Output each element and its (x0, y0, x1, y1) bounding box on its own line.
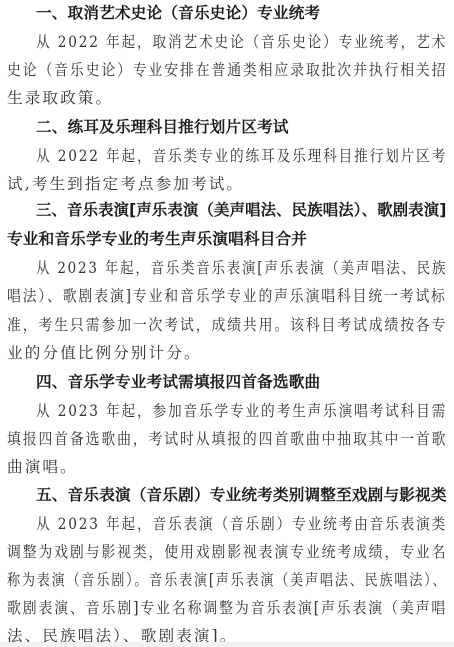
section-3-paragraph-line: 从 2023 年起，音乐类音乐表演[声乐表演（美声唱法、民族 (36, 258, 447, 278)
section-1-paragraph-line: 史论（音乐史论）专业安排在普通类相应录取批次并执行相关招 (7, 60, 447, 80)
section-2-paragraph-line: 试,考生到指定考点参加考试。 (7, 174, 244, 194)
page-bottom-edge (0, 642, 454, 647)
section-5-paragraph-line: 从 2023 年起，音乐表演（音乐剧）专业统考由音乐表演类 (36, 514, 447, 534)
section-1-paragraph-line: 从 2022 年起，取消艺术史论（音乐史论）专业统考，艺术 (36, 32, 447, 52)
section-3-paragraph-line: 准，考生只需参加一次考试，成绩共用。该科目考试成绩按各专 (7, 315, 447, 335)
section-2-heading: 二、练耳及乐理科目推行划片区考试 (36, 117, 289, 137)
section-3-heading-continued: 专业和音乐学专业的考生声乐演唱科目合并 (7, 229, 307, 249)
section-4-paragraph-line: 从 2023 年起，参加音乐学专业的考生声乐演唱考试科目需 (36, 401, 447, 421)
section-4-paragraph-line: 曲演唱。 (7, 457, 78, 477)
section-2-paragraph-line: 从 2022 年起，音乐类专业的练耳及乐理科目推行划片区考 (36, 146, 447, 166)
section-1-heading: 一、取消艺术史论（音乐史论）专业统考 (36, 3, 320, 23)
section-1-paragraph-line: 生录取政策。 (7, 88, 113, 108)
section-4-paragraph-line: 填报四首备选歌曲，考试时从填报的四首歌曲中抽取其中一首歌 (7, 429, 447, 449)
section-3-heading: 三、音乐表演[声乐表演（美声唱法、民族唱法）、歌剧表演] (36, 200, 447, 220)
section-3-paragraph-line: 唱法）、歌剧表演]专业和音乐学专业的声乐演唱科目统一考试标 (7, 286, 447, 306)
section-3-paragraph-line: 业的分值比例分别计分。 (7, 343, 202, 363)
section-4-heading: 四、音乐学专业考试需填报四首备选歌曲 (36, 372, 320, 392)
section-5-paragraph-line: 称为表演（音乐剧）。音乐表演[声乐表演（美声唱法、民族唱法）、 (7, 570, 447, 590)
section-5-paragraph-line: 歌剧表演、音乐剧]专业名称调整为音乐表演[声乐表演（美声唱 (7, 598, 447, 618)
section-5-paragraph-line: 调整为戏剧与影视类，使用戏剧影视表演专业统考成绩，专业名 (7, 542, 447, 562)
section-5-heading: 五、音乐表演（音乐剧）专业统考类别调整至戏剧与影视类 (36, 485, 447, 505)
